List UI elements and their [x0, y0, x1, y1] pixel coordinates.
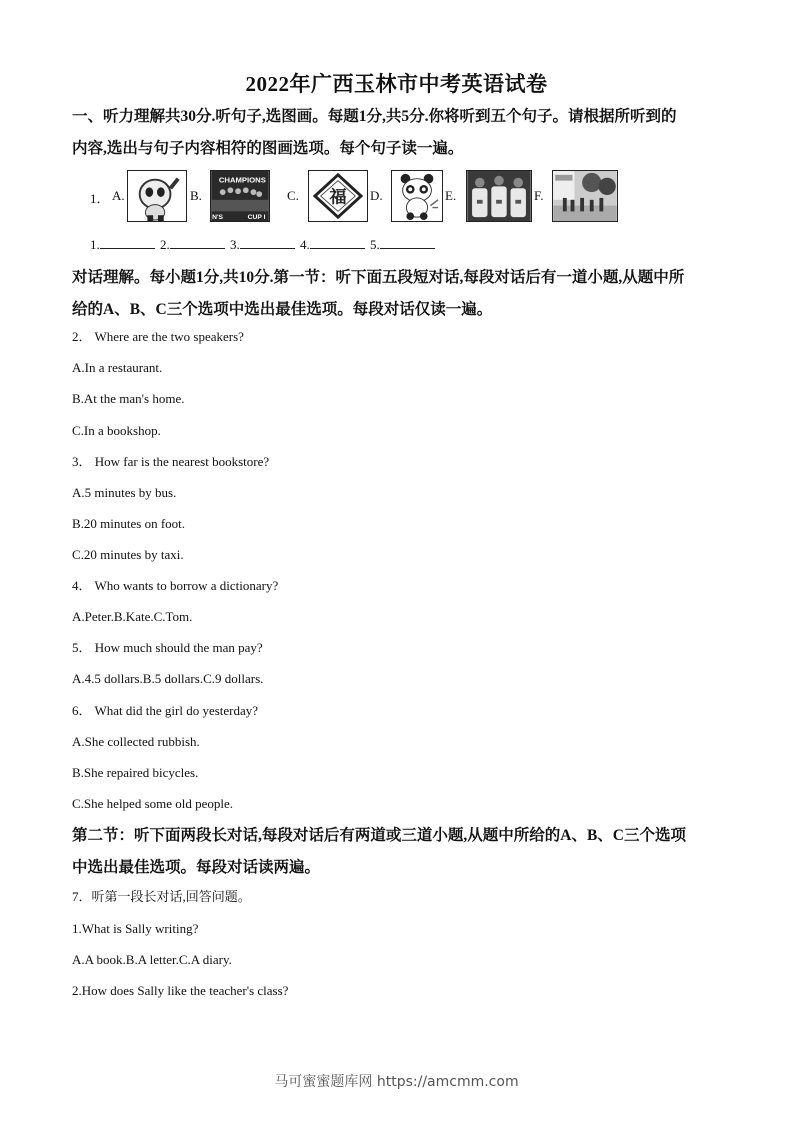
part1-instructions: 一、听力理解共30分.听句子,选图画。每题1分,共5分.你将听到五个句子。请根据…	[72, 101, 727, 165]
picture-label-f: F.	[534, 188, 543, 204]
option: A.4.5 dollars.B.5 dollars.C.9 dollars.	[72, 671, 263, 687]
svg-text:福: 福	[329, 187, 346, 208]
champions-cup-team-photo: CHAMPIONSN'SCUP I	[210, 170, 270, 222]
question-3: 3． How far is the nearest bookstore?	[72, 454, 269, 470]
sub-question-2: 2.How does Sally like the teacher's clas…	[72, 983, 288, 999]
svg-text:CHAMPIONS: CHAMPIONS	[219, 176, 266, 185]
option: B.20 minutes on foot.	[72, 516, 185, 532]
question-4: 4． Who wants to borrow a dictionary?	[72, 578, 278, 594]
option: C.In a bookshop.	[72, 423, 161, 439]
answer-blanks: 1. 2. 3. 4. 5.	[90, 236, 437, 253]
picture-label-a: A.	[112, 188, 125, 204]
part3-instructions: 第二节：听下面两段长对话,每段对话后有两道或三道小题,从题中所给的A、B、C三个…	[72, 820, 727, 884]
option: B.She repaired bicycles.	[72, 765, 198, 781]
blank-label: 1.	[90, 237, 100, 252]
blank-label: 3.	[230, 237, 240, 252]
picture-label-c: C.	[287, 188, 299, 204]
footer-watermark: 马可蜜蜜题库网 https://amcmm.com	[0, 1071, 793, 1091]
answer-blank-1[interactable]	[100, 236, 155, 249]
svg-text:CUP I: CUP I	[248, 214, 266, 221]
students-outdoor-photo	[552, 170, 618, 222]
answer-blank-3[interactable]	[240, 236, 295, 249]
question-number: 1．	[90, 188, 110, 207]
answer-blank-2[interactable]	[170, 236, 225, 249]
answer-blank-4[interactable]	[310, 236, 365, 249]
picture-options-row: 1． A. B. CHAMPIONSN'SCUP I C. 福 D. E. F.	[90, 170, 650, 224]
instruction-line: 中选出最佳选项。每段对话读两遍。	[72, 852, 727, 884]
option: C.She helped some old people.	[72, 796, 233, 812]
instruction-line: 给的A、B、C三个选项中选出最佳选项。每段对话仅读一遍。	[72, 294, 727, 326]
option: A.5 minutes by bus.	[72, 485, 176, 501]
sub-question-1: 1.What is Sally writing?	[72, 921, 198, 937]
question-7-intro: 7．听第一段长对话,回答问题。	[72, 889, 251, 905]
picture-label-e: E.	[445, 188, 456, 204]
instruction-line: 内容,选出与句子内容相符的图画选项。每个句子读一遍。	[72, 133, 727, 165]
option: C.20 minutes by taxi.	[72, 547, 184, 563]
question-5: 5． How much should the man pay?	[72, 640, 263, 656]
page-title: 2022年广西玉林市中考英语试卷	[0, 68, 793, 98]
instruction-line: 对话理解。每小题1分,共10分.第一节：听下面五段短对话,每段对话后有一道小题,…	[72, 262, 727, 294]
blank-label: 4.	[300, 237, 310, 252]
option: A.In a restaurant.	[72, 360, 162, 376]
fu-character-paper-cut-image: 福	[308, 170, 368, 222]
blank-label: 2.	[160, 237, 170, 252]
svg-text:N'S: N'S	[212, 214, 223, 221]
option: B.At the man's home.	[72, 391, 184, 407]
instruction-line: 一、听力理解共30分.听句子,选图画。每题1分,共5分.你将听到五个句子。请根据…	[72, 101, 727, 133]
cartoon-panda-image	[391, 170, 443, 222]
question-2: 2． Where are the two speakers?	[72, 329, 244, 345]
blank-label: 5.	[370, 237, 380, 252]
question-6: 6． What did the girl do yesterday?	[72, 703, 258, 719]
part2-instructions: 对话理解。每小题1分,共10分.第一节：听下面五段短对话,每段对话后有一道小题,…	[72, 262, 727, 326]
picture-label-b: B.	[190, 188, 202, 204]
instruction-line: 第二节：听下面两段长对话,每段对话后有两道或三道小题,从题中所给的A、B、C三个…	[72, 820, 727, 852]
option: A.Peter.B.Kate.C.Tom.	[72, 609, 192, 625]
panda-mascot-image	[127, 170, 187, 222]
option: A.She collected rubbish.	[72, 734, 200, 750]
answer-blank-5[interactable]	[380, 236, 435, 249]
option: A.A book.B.A letter.C.A diary.	[72, 952, 232, 968]
astronauts-photo	[466, 170, 532, 222]
picture-label-d: D.	[370, 188, 383, 204]
